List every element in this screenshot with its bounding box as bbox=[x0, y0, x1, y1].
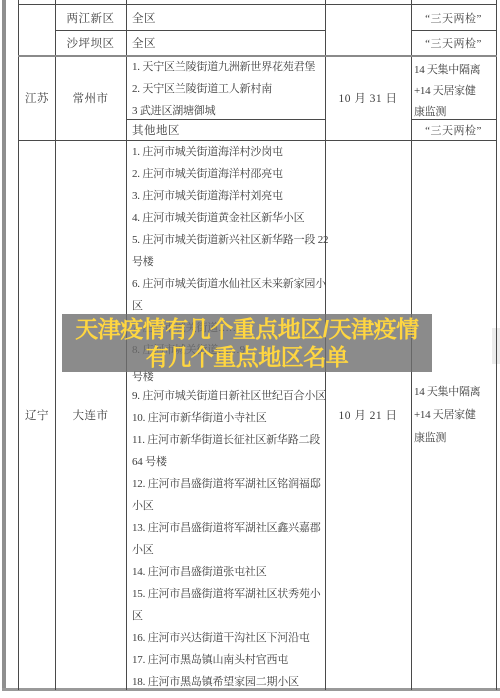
grid-line-vertical bbox=[496, 0, 497, 690]
area-line: 1. 天宁区兰陵街道九洲新世界花苑君堡 bbox=[132, 58, 324, 76]
title-overlay-line1: 天津疫情有几个重点地区/天津疫情 bbox=[75, 315, 418, 343]
area-line: 5. 庄河市城关街道新兴社区新华路一段 22 bbox=[132, 231, 324, 249]
province-cell-jiangsu: 江苏 bbox=[19, 57, 55, 139]
measure-cell-liaoning: 14 天集中隔离 +14 天居家健 康监测 bbox=[414, 141, 496, 689]
area-line: 2. 天宁区兰陵街道工人新村南 bbox=[132, 80, 324, 98]
area-line: 17. 庄河市黑岛镇山南头村官西屯 bbox=[132, 651, 324, 669]
measure-line: 14 天集中隔离 bbox=[414, 381, 496, 404]
measure-line: 康监测 bbox=[414, 427, 496, 450]
measure-cell: “三天两检” bbox=[412, 31, 495, 55]
area-line: 15. 庄河市昌盛街道将军湖社区状秀苑小 bbox=[132, 585, 324, 603]
area-line: 4. 庄河市城关街道黄金社区新华小区 bbox=[132, 209, 324, 227]
area-line: 9. 庄河市城关街道日新社区世纪百合小区 bbox=[132, 387, 324, 405]
area-line: 2. 庄河市城关街道海洋村邵亮屯 bbox=[132, 165, 324, 183]
area-line: 18. 庄河市黑岛镇希望家园二期小区 bbox=[132, 673, 324, 691]
title-overlay-line2: 有几个重点地区名单 bbox=[146, 343, 349, 371]
area-line: 13. 庄河市昌盛街道将军湖社区鑫兴嘉郡 bbox=[132, 519, 324, 537]
district-cell: 两江新区 bbox=[56, 5, 125, 30]
area-line: 64 号楼 bbox=[132, 453, 324, 471]
measure-cell: “三天两检” bbox=[412, 5, 495, 30]
area-line: 1. 庄河市城关街道海洋村沙岗屯 bbox=[132, 143, 324, 161]
measure-line: +14 天居家健 bbox=[414, 81, 496, 102]
province-cell-liaoning: 辽宁 bbox=[19, 141, 55, 689]
area-line: 10. 庄河市新华街道小寺社区 bbox=[132, 409, 324, 427]
measure-cell: “三天两检” bbox=[412, 120, 495, 139]
area-line: 小区 bbox=[132, 497, 324, 515]
district-cell: 沙坪坝区 bbox=[56, 31, 125, 55]
area-line: 3. 庄河市城关街道海洋村刘亮屯 bbox=[132, 187, 324, 205]
area-line: 区 bbox=[132, 607, 324, 625]
city-cell-changzhou: 常州市 bbox=[56, 57, 125, 139]
city-cell-dalian: 大连市 bbox=[56, 141, 125, 689]
area-line: 12. 庄河市昌盛街道将军湖社区铭润福邸 bbox=[132, 475, 324, 493]
area-line: 16. 庄河市兴达街道干沟社区下河沿屯 bbox=[132, 629, 324, 647]
date-cell-liaoning: 10 月 21 日 bbox=[326, 141, 410, 689]
title-overlay-banner: 天津疫情有几个重点地区/天津疫情 有几个重点地区名单 bbox=[62, 314, 432, 372]
area-line: 14. 庄河市昌盛街道张屯社区 bbox=[132, 563, 324, 581]
date-cell-jiangsu: 10 月 31 日 bbox=[326, 57, 410, 139]
scanned-table-page: 两江新区 全区 “三天两检” 沙坪坝区 全区 “三天两检” 江苏 常州市 1. … bbox=[0, 0, 500, 698]
area-line: 3 武进区湖塘御城 bbox=[132, 102, 324, 120]
other-areas-cell: 其他地区 bbox=[132, 120, 322, 139]
area-line: 6. 庄河市城关街道水仙社区未来新家园小 bbox=[132, 275, 324, 293]
measure-line: 14 天集中隔离 bbox=[414, 60, 496, 81]
scope-cell: 全区 bbox=[132, 31, 322, 55]
measure-cell-jiangsu: 14 天集中隔离 +14 天居家健 康监测 bbox=[414, 60, 496, 123]
area-line: 11. 庄河市新华街道长征社区新华路二段 bbox=[132, 431, 324, 449]
scope-cell: 全区 bbox=[132, 5, 322, 30]
area-line: 区 bbox=[132, 297, 324, 315]
area-line: 小区 bbox=[132, 541, 324, 559]
area-line: 号楼 bbox=[132, 253, 324, 271]
page-shadow-left bbox=[2, 0, 6, 691]
measure-line: +14 天居家健 bbox=[414, 404, 496, 427]
